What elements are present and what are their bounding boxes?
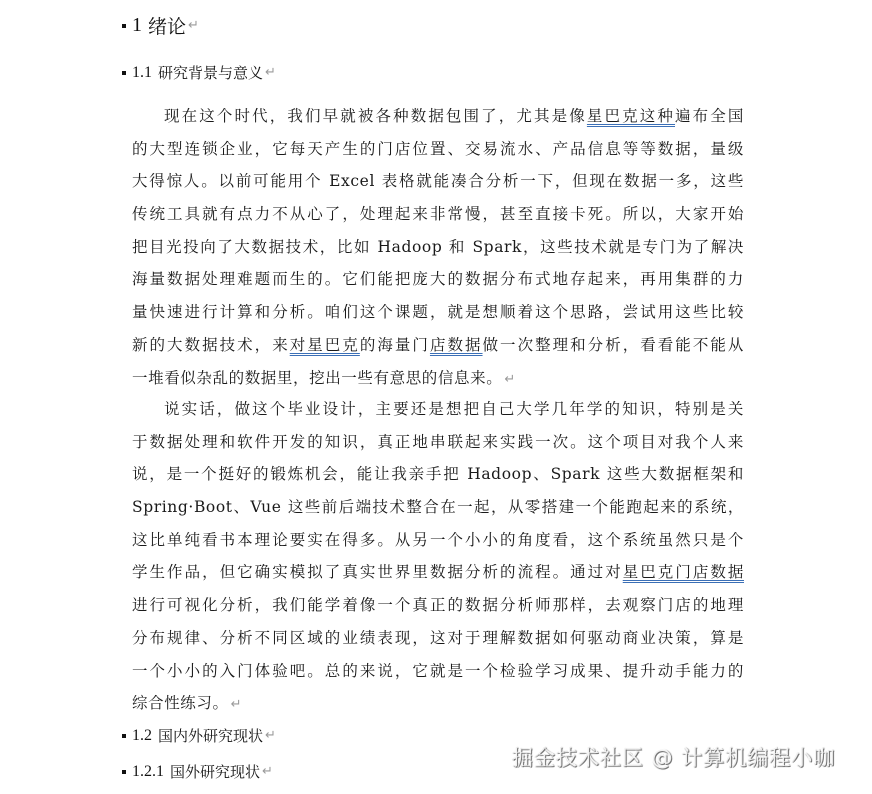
paragraph-significance[interactable]: 说实话，做这个毕业设计，主要还是想把自己大学几年学的知识，特别是关 于数据处理和… <box>132 393 744 720</box>
heading-marker-icon <box>122 734 126 738</box>
text-line: 传统工具就有点力不从心了，处理起来非常慢，甚至直接卡死。所以，大家开始 <box>132 198 744 231</box>
heading-title: 国内外研究现状 <box>158 725 263 746</box>
paragraph-mark-icon: ↵ <box>504 372 516 387</box>
paragraph-mark-icon: ↵ <box>265 728 276 743</box>
watermark: 掘金技术社区 @ 计算机编程小咖 <box>512 742 835 772</box>
text-line: 说，是一个挺好的锻炼机会，能让我亲手把 Hadoop、Spark 这些大数据框架… <box>132 458 744 491</box>
paragraph-mark-icon: ↵ <box>265 65 276 80</box>
document-page: 1 绪论 ↵ 1.1 研究背景与意义 ↵ 现在这个时代，我们早就被各种数据包围了… <box>0 0 872 794</box>
text-line: 的大型连锁企业，它每天产生的门店位置、交易流水、产品信息等等数据，量级 <box>132 133 744 166</box>
heading-number: 1.2 <box>132 727 152 745</box>
text-line: 于数据处理和软件开发的知识，真正地串联起来实践一次。这个项目对我个人来 <box>132 426 744 459</box>
heading-marker-icon <box>122 770 126 774</box>
heading-title: 国外研究现状 <box>170 761 260 782</box>
text-line: 海量数据处理难题而生的。它们能把庞大的数据分布式地存起来，再用集群的力 <box>132 263 744 296</box>
heading-marker-icon <box>122 24 126 28</box>
paragraph-mark-icon: ↵ <box>262 764 273 779</box>
text-line: 一堆看似杂乱的数据里，挖出一些有意思的信息来。↵ <box>132 362 744 395</box>
text-line: 量快速进行计算和分析。咱们这个课题，就是想顺着这个思路，尝试用这些比较 <box>132 296 744 329</box>
heading-number: 1.1 <box>132 64 152 82</box>
grammar-underline[interactable]: 对星巴克 <box>290 336 360 354</box>
heading-number: 1 <box>132 14 142 37</box>
text-line: 现在这个时代，我们早就被各种数据包围了，尤其是像星巴克这种遍布全国 <box>132 100 744 133</box>
paragraph-mark-icon: ↵ <box>188 18 199 33</box>
text-line: 分布规律、分析不同区域的业绩表现，这对于理解数据如何驱动商业决策，算是 <box>132 622 744 655</box>
text-line: 这比单纯看书本理论要实在得多。从另一个小小的角度看，这个系统虽然只是个 <box>132 524 744 557</box>
text-line: 把目光投向了大数据技术，比如 Hadoop 和 Spark，这些技术就是专门为了… <box>132 231 744 264</box>
heading-1-1[interactable]: 1.1 研究背景与意义 ↵ <box>122 62 276 83</box>
text-line: Spring·Boot、Vue 这些前后端技术整合在一起，从零搭建一个能跑起来的… <box>132 491 744 524</box>
heading-1-2[interactable]: 1.2 国内外研究现状 ↵ <box>122 725 276 746</box>
grammar-underline[interactable]: 星巴克这种 <box>587 107 675 125</box>
paragraph-background[interactable]: 现在这个时代，我们早就被各种数据包围了，尤其是像星巴克这种遍布全国 的大型连锁企… <box>132 100 744 394</box>
text-line: 大得惊人。以前可能用个 Excel 表格就能凑合分析一下，但现在数据一多，这些 <box>132 165 744 198</box>
text-line: 新的大数据技术，来对星巴克的海量门店数据做一次整理和分析，看看能不能从 <box>132 329 744 362</box>
heading-title: 研究背景与意义 <box>158 62 263 83</box>
grammar-underline[interactable]: 店数据 <box>430 336 483 354</box>
heading-marker-icon <box>122 71 126 75</box>
heading-1[interactable]: 1 绪论 ↵ <box>122 12 199 39</box>
heading-number: 1.2.1 <box>132 763 164 781</box>
grammar-underline[interactable]: 星巴克门店数据 <box>623 563 744 581</box>
text-line: 学生作品，但它确实模拟了真实世界里数据分析的流程。通过对星巴克门店数据 <box>132 556 744 589</box>
text-line: 综合性练习。↵ <box>132 687 744 720</box>
text-line: 说实话，做这个毕业设计，主要还是想把自己大学几年学的知识，特别是关 <box>132 393 744 426</box>
text-line: 进行可视化分析，我们能学着像一个真正的数据分析师那样，去观察门店的地理 <box>132 589 744 622</box>
text-line: 一个小小的入门体验吧。总的来说，它就是一个检验学习成果、提升动手能力的 <box>132 655 744 688</box>
heading-title: 绪论 <box>148 12 186 39</box>
heading-1-2-1[interactable]: 1.2.1 国外研究现状 ↵ <box>122 761 273 782</box>
paragraph-mark-icon: ↵ <box>231 697 243 712</box>
